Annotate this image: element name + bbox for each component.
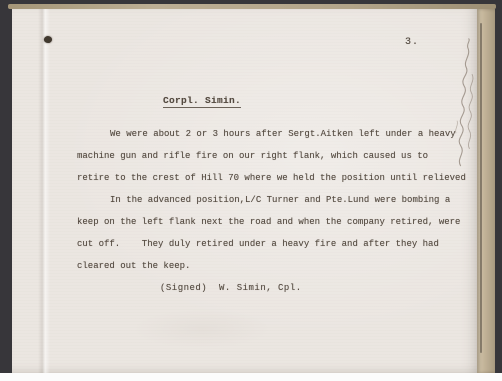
signature-line: (Signed) W. Simin, Cpl. <box>77 282 449 304</box>
typewritten-body: We were about 2 or 3 hours after Sergt.A… <box>77 128 449 304</box>
heading-underlined-text: Corpl. Simin. <box>163 95 241 108</box>
document-page: 3. Corpl. Simin. We were about 2 or 3 ho… <box>12 9 477 373</box>
document-heading: Corpl. Simin. <box>163 95 241 106</box>
paragraph-line: keep on the left flank next the road and… <box>77 216 449 238</box>
scan-dark-frame: 3. Corpl. Simin. We were about 2 or 3 ho… <box>0 0 502 373</box>
paragraph-line: cleared out the keep. <box>77 260 449 282</box>
page-crease <box>38 9 50 373</box>
paragraph-line: retire to the crest of Hill 70 where we … <box>77 172 449 194</box>
page-number: 3. <box>405 37 419 48</box>
paragraph-line: In the advanced position,L/C Turner and … <box>77 194 449 216</box>
screenshot-root: 3. Corpl. Simin. We were about 2 or 3 ho… <box>0 0 502 381</box>
paragraph-line: cut off. They duly retired under a heavy… <box>77 238 449 260</box>
paragraph-line: machine gun and rifle fire on our right … <box>77 150 449 172</box>
paper-smudge <box>132 309 272 349</box>
paragraph-line: We were about 2 or 3 hours after Sergt.A… <box>77 128 449 150</box>
